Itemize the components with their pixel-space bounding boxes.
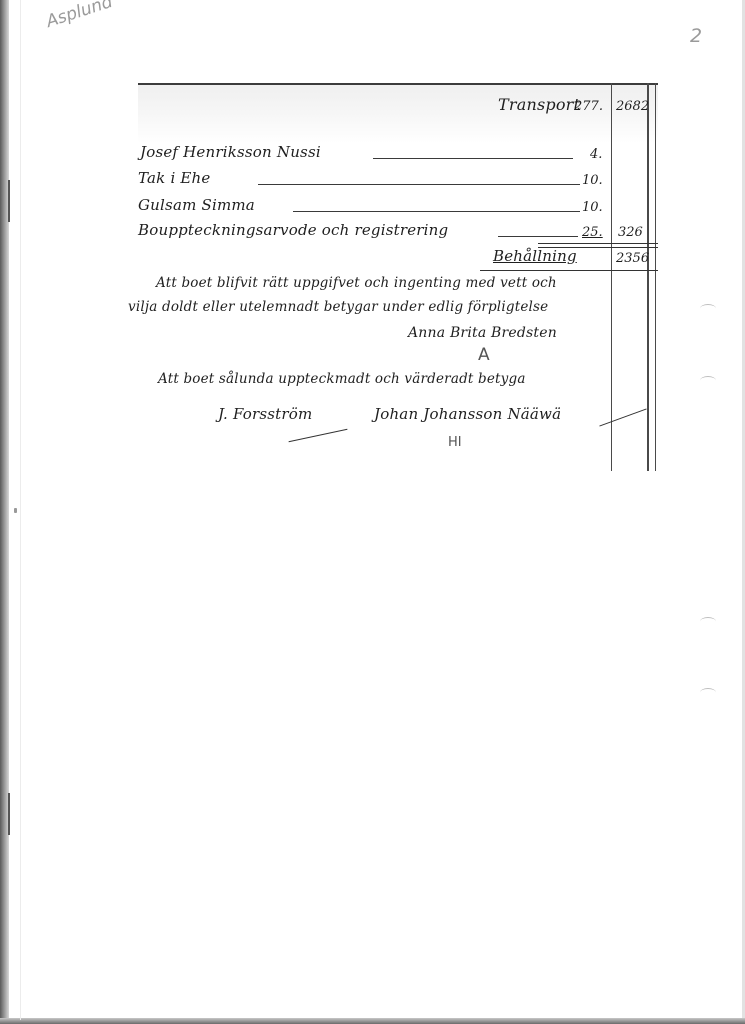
scan-bottom-shadow <box>0 1018 745 1024</box>
ledger-column-rule <box>611 83 612 471</box>
ledger-row-amount: 4. <box>590 147 602 162</box>
ledger-row-amount: 10. <box>582 200 603 215</box>
heir-signature: Anna Brita Bredsten <box>408 325 557 341</box>
ledger-top-rule <box>138 83 658 85</box>
balance-label: Behållning <box>493 247 577 265</box>
ledger-row-amount: 25. <box>582 225 603 240</box>
appraiser-signature: J. Forsström <box>218 405 312 423</box>
punch-hole-mark <box>700 617 716 626</box>
ledger-row-amount: 10. <box>582 173 603 188</box>
ledger-row-label: Bouppteckningsarvode och registrering <box>138 221 448 239</box>
balance-underline <box>480 270 658 271</box>
ledger-row-dash <box>293 211 580 212</box>
ledger-row-dash <box>258 184 580 185</box>
scan-speck <box>14 508 17 513</box>
transport-amount: 277. <box>574 99 603 114</box>
page-margin-line <box>20 0 21 1020</box>
declaration-line: vilja doldt eller utelemnadt betygar und… <box>128 299 548 315</box>
pencil-page-number: 2 <box>690 25 702 47</box>
pencil-mark-hi: HI <box>448 435 462 450</box>
ledger-subtotal: 326 <box>618 225 643 240</box>
punch-hole-mark <box>700 688 716 697</box>
appraiser-signature: Johan Johansson Nääwä <box>374 405 561 423</box>
pencil-surname-note: Asplund <box>44 0 115 32</box>
binding-mark <box>8 793 10 835</box>
declaration-line: Att boet blifvit rätt uppgifvet och inge… <box>156 275 557 291</box>
photocopied-ledger-page: Transport 277. 2682 Josef Henriksson Nus… <box>138 83 658 471</box>
ledger-row-label: Tak i Ehe <box>138 169 211 187</box>
transport-total: 2682 <box>616 99 649 114</box>
signature-flourish <box>289 429 348 442</box>
ledger-column-rule <box>655 83 656 471</box>
punch-hole-mark <box>700 376 716 385</box>
ledger-column-rule <box>647 83 649 471</box>
pencil-mark-a: A <box>478 345 490 365</box>
ledger-row-dash <box>498 236 578 237</box>
ledger-row-label: Gulsam Simma <box>138 196 255 214</box>
binding-mark <box>8 180 10 222</box>
balance-total: 2356 <box>616 251 649 266</box>
punch-hole-mark <box>700 304 716 313</box>
ledger-row-label: Josef Henriksson Nussi <box>140 143 321 161</box>
transport-label: Transport <box>498 95 580 114</box>
scan-left-shadow <box>0 0 9 1024</box>
ledger-row-dash <box>373 158 573 159</box>
appraisal-line: Att boet sålunda uppteckmadt och värdera… <box>158 371 526 387</box>
signature-flourish <box>599 408 646 426</box>
